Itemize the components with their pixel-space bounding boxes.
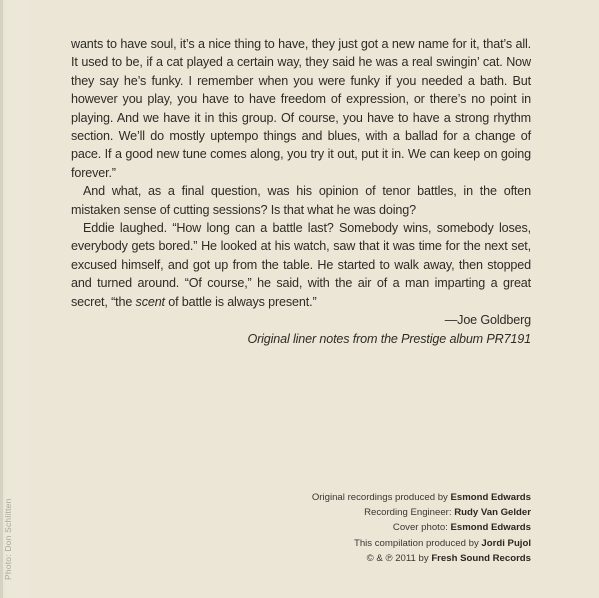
credit-label: Recording Engineer:	[364, 507, 454, 518]
photo-credit: Photo: Don Schlitten	[3, 499, 13, 581]
credit-value: Rudy Van Gelder	[454, 507, 531, 518]
credit-line: Recording Engineer: Rudy Van Gelder	[312, 505, 531, 520]
paragraph-2: And what, as a final question, was his o…	[71, 182, 531, 219]
source-note: Original liner notes from the Prestige a…	[71, 330, 531, 348]
production-credits: Original recordings produced by Esmond E…	[312, 490, 531, 566]
credit-line: Cover photo: Esmond Edwards	[312, 520, 531, 535]
paragraph-1: wants to have soul, it’s a nice thing to…	[71, 35, 531, 182]
liner-notes-page: wants to have soul, it’s a nice thing to…	[0, 0, 599, 598]
credit-line: This compilation produced by Jordi Pujol	[312, 536, 531, 551]
liner-notes-text: wants to have soul, it’s a nice thing to…	[71, 35, 531, 348]
credit-value: Esmond Edwards	[451, 522, 532, 533]
paragraph-3: Eddie laughed. “How long can a battle la…	[71, 219, 531, 311]
paragraph-3-after: of battle is always present.”	[165, 295, 317, 309]
credit-label: This compilation produced by	[354, 538, 481, 549]
credit-value: Esmond Edwards	[451, 492, 532, 503]
credit-value: Fresh Sound Records	[431, 553, 531, 564]
credit-line: © & ℗ 2011 by Fresh Sound Records	[312, 551, 531, 566]
credit-value: Jordi Pujol	[481, 538, 531, 549]
credit-label: © & ℗ 2011 by	[367, 553, 432, 564]
emphasis-scent: scent	[136, 295, 165, 309]
author-signature: —Joe Goldberg	[71, 311, 531, 329]
credit-label: Original recordings produced by	[312, 492, 451, 503]
credit-line: Original recordings produced by Esmond E…	[312, 490, 531, 505]
credit-label: Cover photo:	[393, 522, 451, 533]
